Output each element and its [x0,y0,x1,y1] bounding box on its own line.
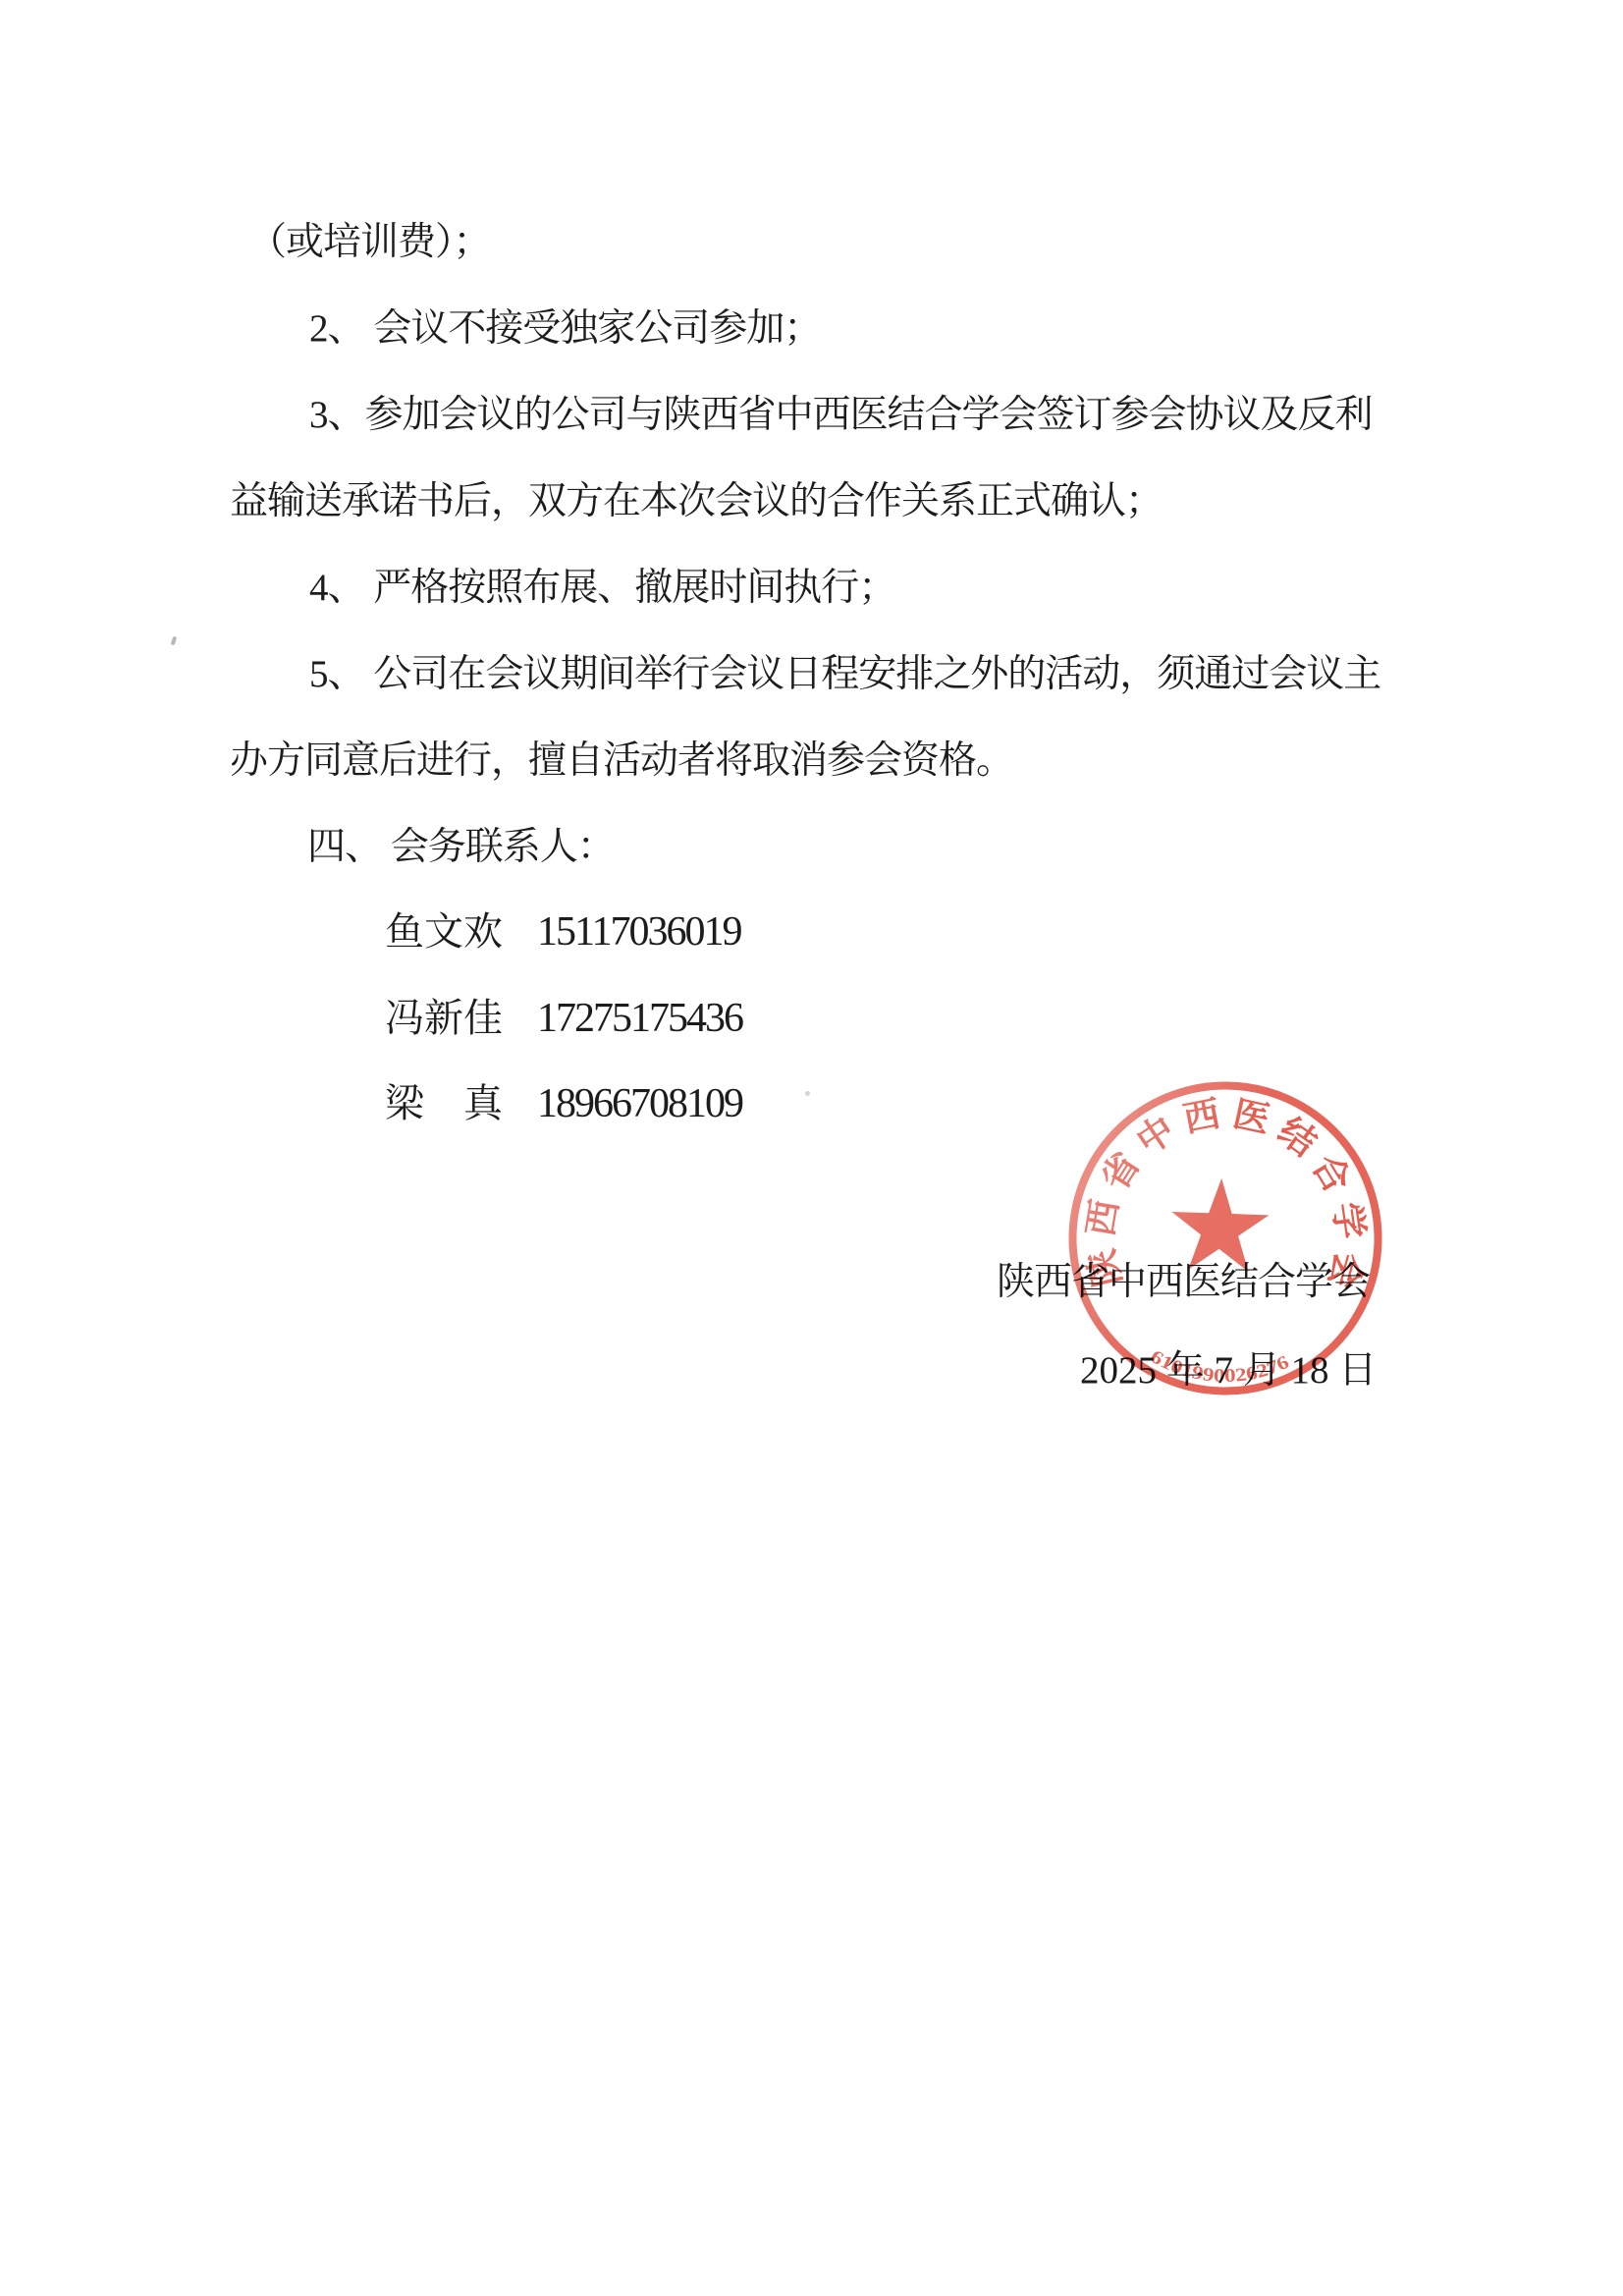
contact-name: 鱼文欢 [385,910,503,954]
section-heading-contacts: 四、 会务联系人： [307,825,615,870]
contact-name: 梁 真 [385,1082,503,1125]
contact-row: 冯新佳 17275175436 [0,997,1623,1048]
contact-row: 鱼文欢 15117036019 [0,910,1623,961]
seal-star-icon [1169,1176,1270,1272]
paragraph-line: （或培训费）； [248,220,491,265]
scan-speck [805,1091,810,1096]
contact-phone: 17275175436 [537,997,742,1040]
official-seal: 陕西省中西医结合学会 6101990026276 [1053,1066,1398,1411]
paragraph-line: 益输送承诺书后，双方在本次会议的合作关系正式确认； [230,479,1163,524]
contact-phone: 18966708109 [537,1082,742,1125]
paragraph-line: 5、 公司在会议期间举行会议日程安排之外的活动，须通过会议主 [309,652,1380,697]
paragraph-line: 3、参加会议的公司与陕西省中西医结合学会签订参会协议及反利 [309,393,1373,438]
paragraph-line: 办方同意后进行，擅自活动者将取消参会资格。 [230,738,1013,784]
document-page: （或培训费）； 2、 会议不接受独家公司参加； 3、参加会议的公司与陕西省中西医… [0,0,1623,2296]
contact-name: 冯新佳 [385,997,503,1040]
contact-phone: 15117036019 [537,910,740,954]
scan-speck [171,636,178,646]
paragraph-line: 2、 会议不接受独家公司参加； [309,306,821,352]
paragraph-line: 4、 严格按照布展、撤展时间执行； [309,566,895,611]
